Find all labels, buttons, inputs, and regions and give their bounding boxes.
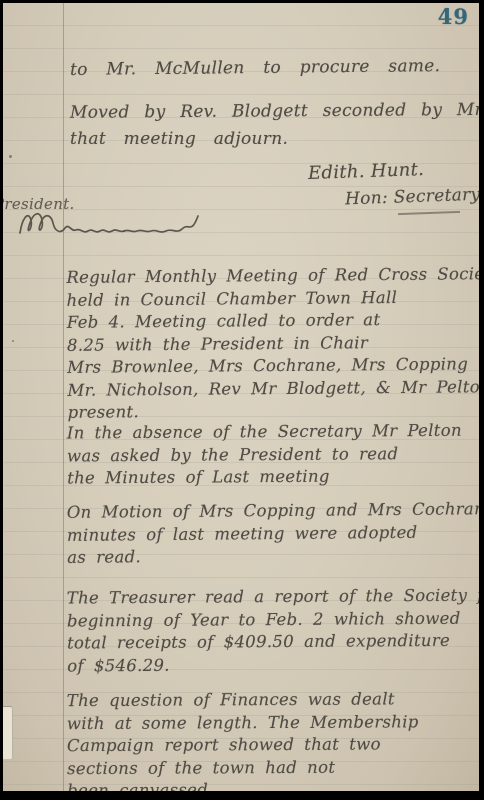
handwritten-line: with at some length. The Membership (67, 710, 479, 735)
handwritten-line: of $546.29. (67, 652, 479, 677)
handwritten-line: Mrs Brownlee, Mrs Cochrane, Mrs Copping (67, 353, 479, 379)
page-number: 49 (438, 4, 469, 29)
signature-underline (398, 211, 460, 215)
handwritten-line-motion-2: that meeting adjourn. (70, 129, 288, 149)
handwritten-line: the Minutes of Last meeting (67, 465, 479, 490)
handwritten-line: Mr. Nicholson, Rev Mr Blodgett, & Mr Pel… (67, 376, 479, 402)
secretary-title: Hon: Secretary (345, 185, 479, 210)
paper-speck (9, 155, 12, 158)
minutes-paragraph-adoption: On Motion of Mrs Copping and Mrs Cochran… (67, 498, 479, 569)
ledger-page-scan: 49 to Mr. McMullen to procure same. Move… (0, 0, 484, 800)
minutes-paragraph-opening: Regular Monthly Meeting of Red Cross Soc… (66, 263, 479, 424)
paper-speck (12, 340, 14, 342)
paper-speck (123, 230, 125, 232)
handwritten-line: been canvassed. (67, 778, 479, 791)
handwritten-line: sections of the town had not (67, 755, 479, 780)
minutes-paragraph-secretary-absence: In the absence of the Secretary Mr Pelto… (67, 420, 479, 490)
handwritten-line: Regular Monthly Meeting of Red Cross Soc… (66, 263, 479, 289)
handwritten-line: On Motion of Mrs Copping and Mrs Cochran… (67, 498, 479, 524)
handwritten-line: The question of Finances was dealt (67, 688, 479, 713)
secretary-signature: Edith. Hunt. (308, 159, 425, 184)
handwritten-line: minutes of last meeting were adopted (67, 521, 479, 547)
handwritten-line-motion-1: Moved by Rev. Blodgett seconded by Mrs C… (70, 99, 479, 123)
paper-sheet: 49 to Mr. McMullen to procure same. Move… (3, 3, 479, 791)
handwritten-line: Campaign report showed that two (67, 733, 479, 758)
paper-tear-mark (3, 706, 13, 759)
handwritten-line: was asked by the President to read (67, 442, 479, 467)
handwritten-line: The Treasurer read a report of the Socie… (67, 585, 479, 610)
president-signature-scrawl (17, 203, 202, 251)
handwritten-line: In the absence of the Secretary Mr Pelto… (67, 420, 479, 445)
handwritten-line-continuation: to Mr. McMullen to procure same. (70, 56, 441, 80)
handwritten-line: total receipts of $409.50 and expenditur… (67, 630, 479, 655)
minutes-paragraph-finances: The question of Finances was dealt with … (67, 688, 479, 791)
handwritten-line: beginning of Year to Feb. 2 which showed (67, 607, 479, 632)
president-signature (17, 203, 202, 255)
margin-rule-line (63, 3, 64, 791)
minutes-paragraph-treasurer-report: The Treasurer read a report of the Socie… (67, 585, 479, 678)
handwritten-line: as read. (67, 543, 479, 569)
